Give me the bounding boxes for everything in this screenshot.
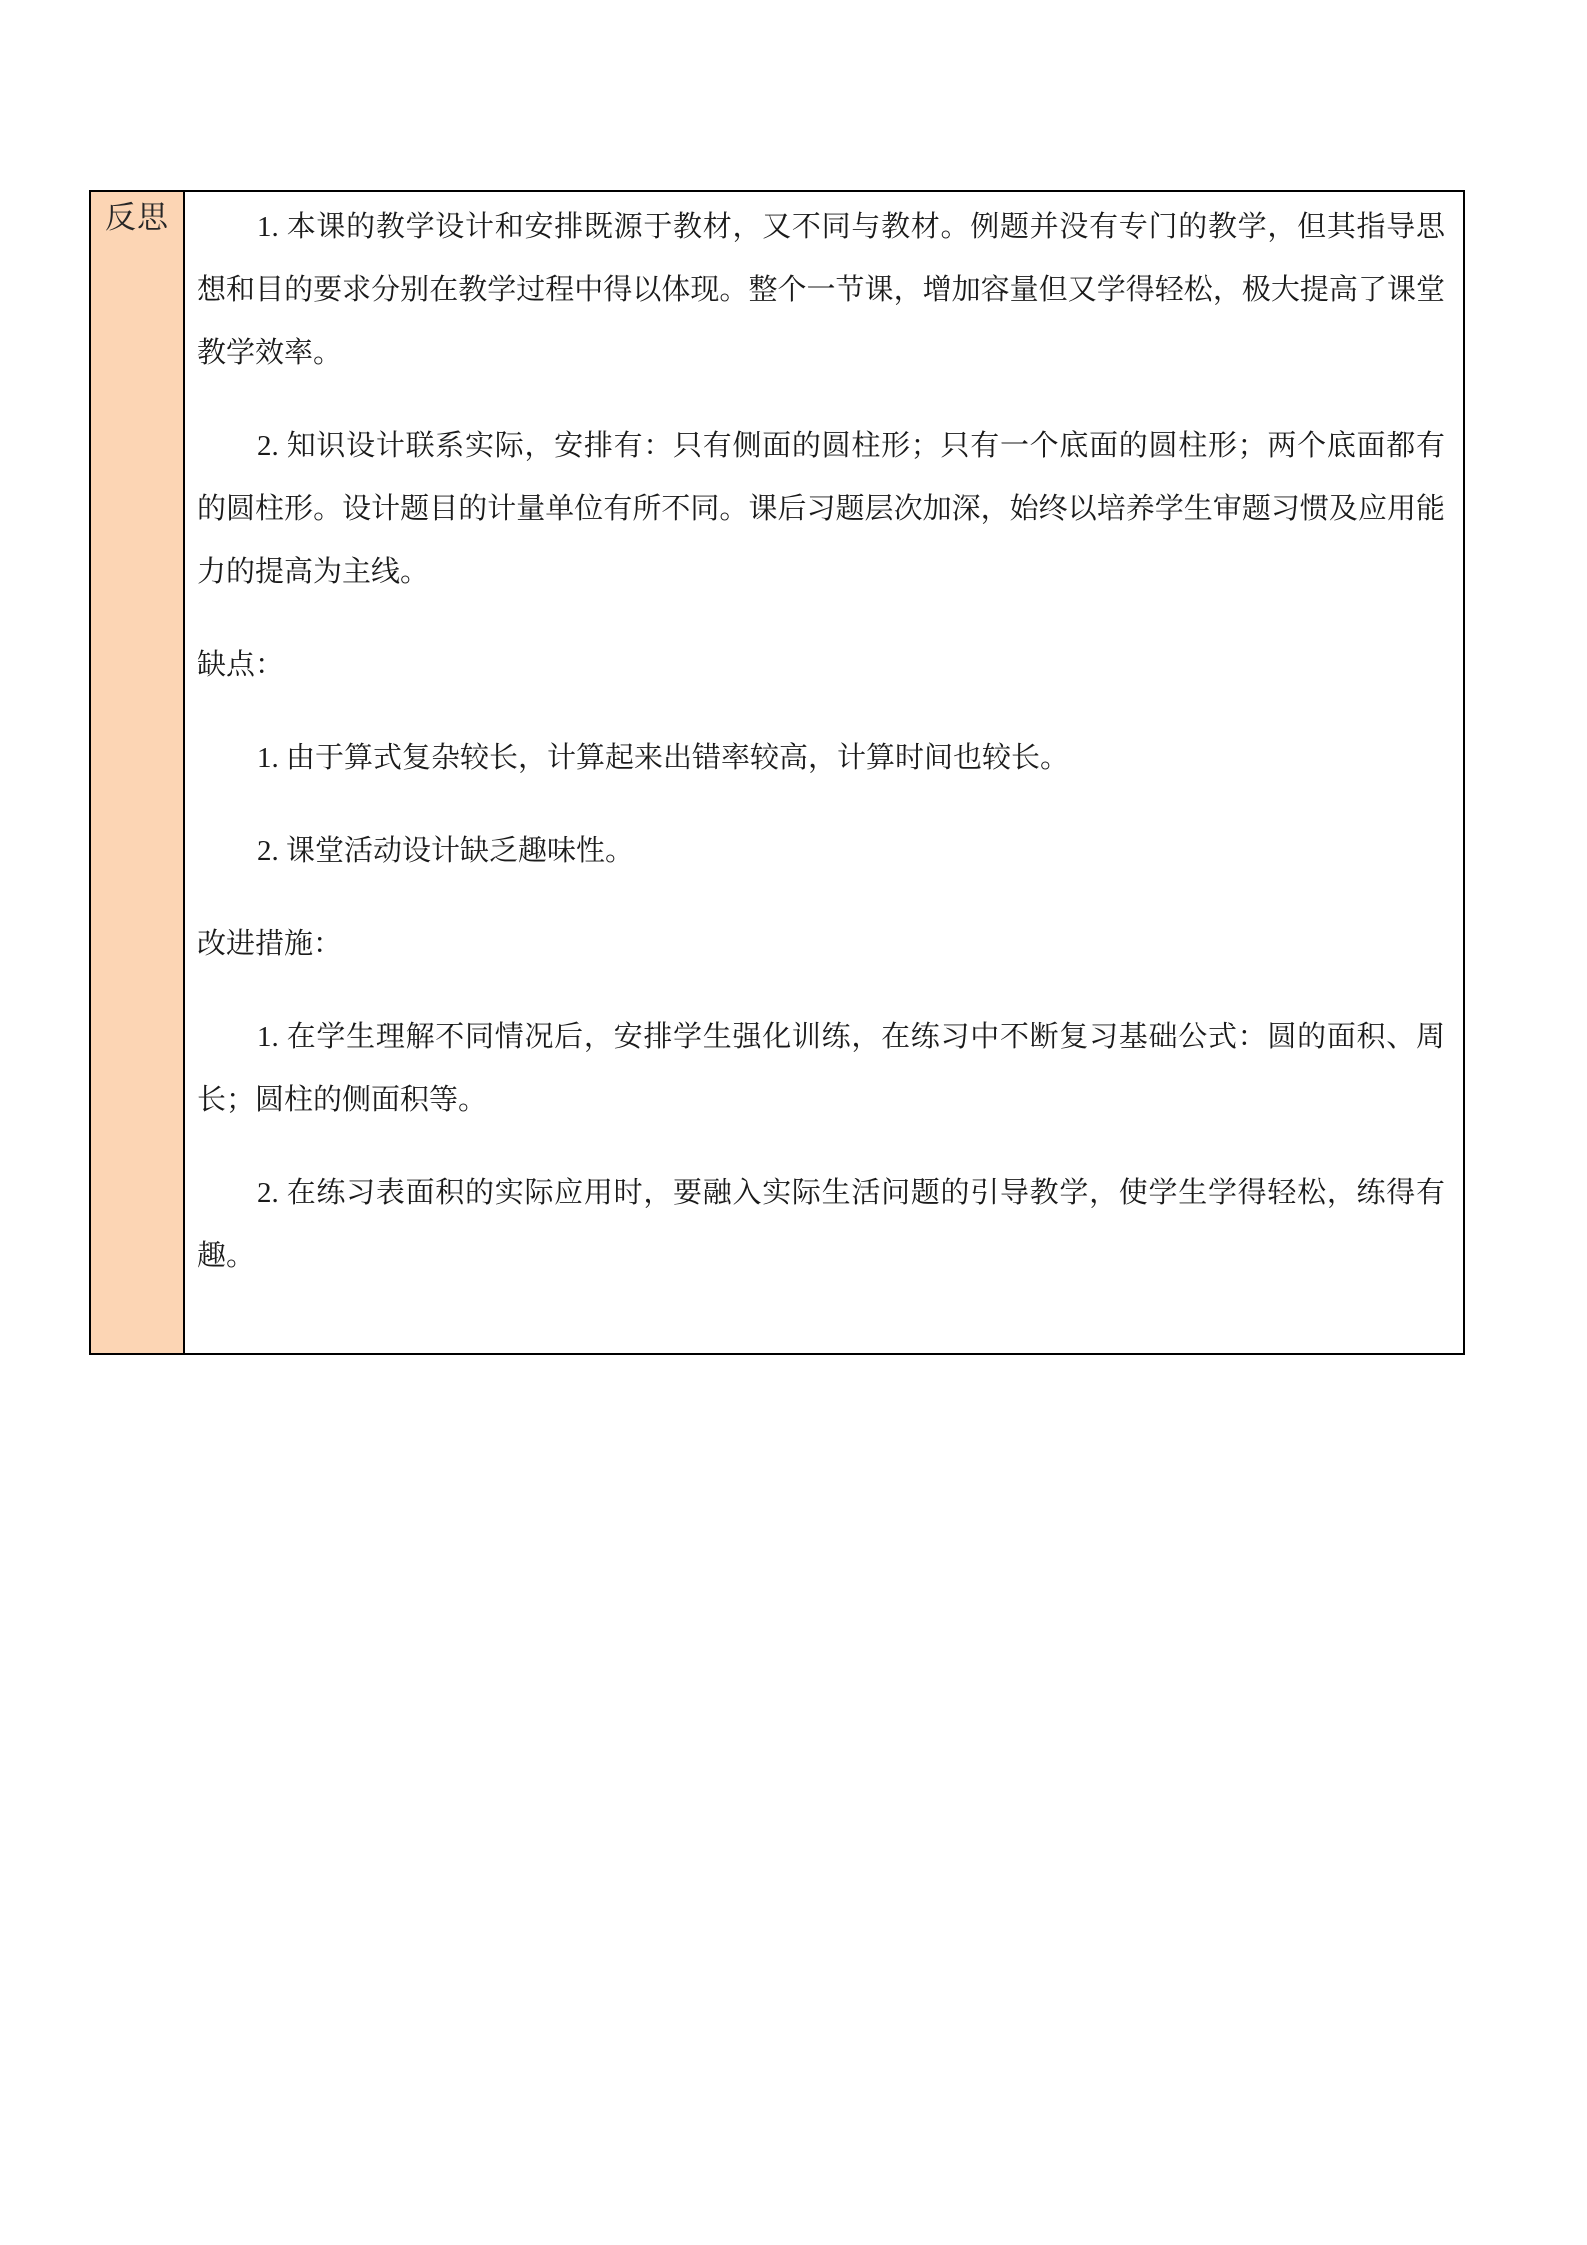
reflection-paragraph: 1. 本课的教学设计和安排既源于教材，又不同与教材。例题并没有专门的教学，但其指…: [197, 196, 1445, 385]
reflection-paragraph: 1. 由于算式复杂较长，计算起来出错率较高，计算时间也较长。: [197, 727, 1445, 790]
reflection-paragraph: 1. 在学生理解不同情况后，安排学生强化训练，在练习中不断复习基础公式：圆的面积…: [197, 1006, 1445, 1132]
reflection-paragraph: 2. 知识设计联系实际，安排有：只有侧面的圆柱形；只有一个底面的圆柱形；两个底面…: [197, 415, 1445, 604]
reflection-paragraph: 缺点：: [197, 634, 1445, 697]
reflection-table: 反思 1. 本课的教学设计和安排既源于教材，又不同与教材。例题并没有专门的教学，…: [89, 190, 1465, 1355]
reflection-paragraph: 2. 课堂活动设计缺乏趣味性。: [197, 820, 1445, 883]
reflection-paragraph: 改进措施：: [197, 913, 1445, 976]
reflection-paragraph: 2. 在练习表面积的实际应用时，要融入实际生活问题的引导教学，使学生学得轻松，练…: [197, 1162, 1445, 1288]
reflection-row-label-cell: 反思: [91, 192, 185, 1353]
document-page: 反思 1. 本课的教学设计和安排既源于教材，又不同与教材。例题并没有专门的教学，…: [0, 0, 1587, 2245]
reflection-row-label: 反思: [105, 200, 169, 235]
reflection-content-cell: 1. 本课的教学设计和安排既源于教材，又不同与教材。例题并没有专门的教学，但其指…: [185, 192, 1463, 1353]
